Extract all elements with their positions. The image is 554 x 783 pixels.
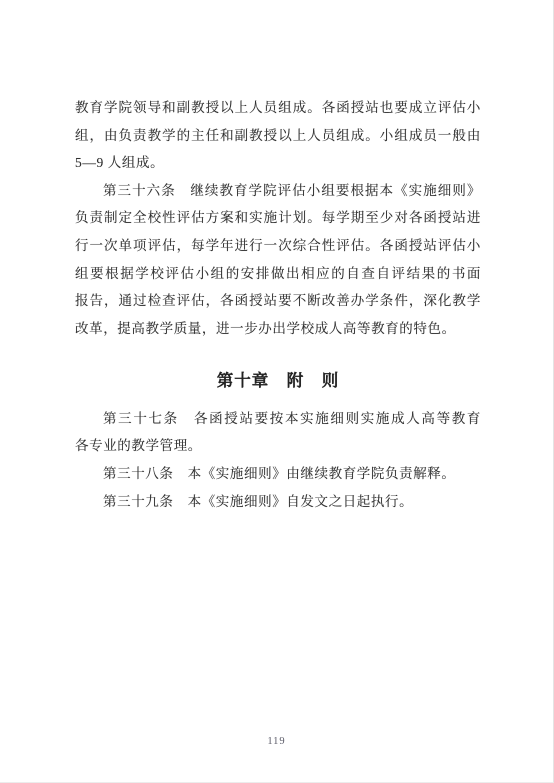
text-line: 行一次单项评估，每学年进行一次综合性评估。各函授站评估小 bbox=[75, 232, 481, 260]
page-number: 119 bbox=[0, 736, 553, 747]
text-line-article-37: 第三十七条 各函授站要按本实施细则实施成人高等教育 bbox=[75, 405, 481, 433]
chapter-heading: 第十章 附 则 bbox=[75, 367, 481, 395]
document-page: 教育学院领导和副教授以上人员组成。各函授站也要成立评估小 组，由负责教学的主任和… bbox=[0, 0, 554, 783]
text-line-article-39: 第三十九条 本《实施细则》自发文之日起执行。 bbox=[75, 488, 481, 516]
text-line: 教育学院领导和副教授以上人员组成。各函授站也要成立评估小 bbox=[75, 94, 481, 122]
text-line: 负责制定全校性评估方案和实施计划。每学期至少对各函授站进 bbox=[75, 204, 481, 232]
text-block: 教育学院领导和副教授以上人员组成。各函授站也要成立评估小 组，由负责教学的主任和… bbox=[75, 94, 481, 515]
text-line: 各专业的教学管理。 bbox=[75, 432, 481, 460]
text-line-article-38: 第三十八条 本《实施细则》由继续教育学院负责解释。 bbox=[75, 460, 481, 488]
text-line: 改革，提高教学质量，进一步办出学校成人高等教育的特色。 bbox=[75, 315, 481, 343]
text-line: 报告，通过检查评估，各函授站要不断改善办学条件，深化教学 bbox=[75, 287, 481, 315]
text-line: 组，由负责教学的主任和副教授以上人员组成。小组成员一般由 bbox=[75, 122, 481, 150]
text-line-article-36: 第三十六条 继续教育学院评估小组要根据本《实施细则》 bbox=[75, 177, 481, 205]
text-line: 组要根据学校评估小组的安排做出相应的自查自评结果的书面 bbox=[75, 260, 481, 288]
text-line: 5—9 人组成。 bbox=[75, 149, 481, 177]
